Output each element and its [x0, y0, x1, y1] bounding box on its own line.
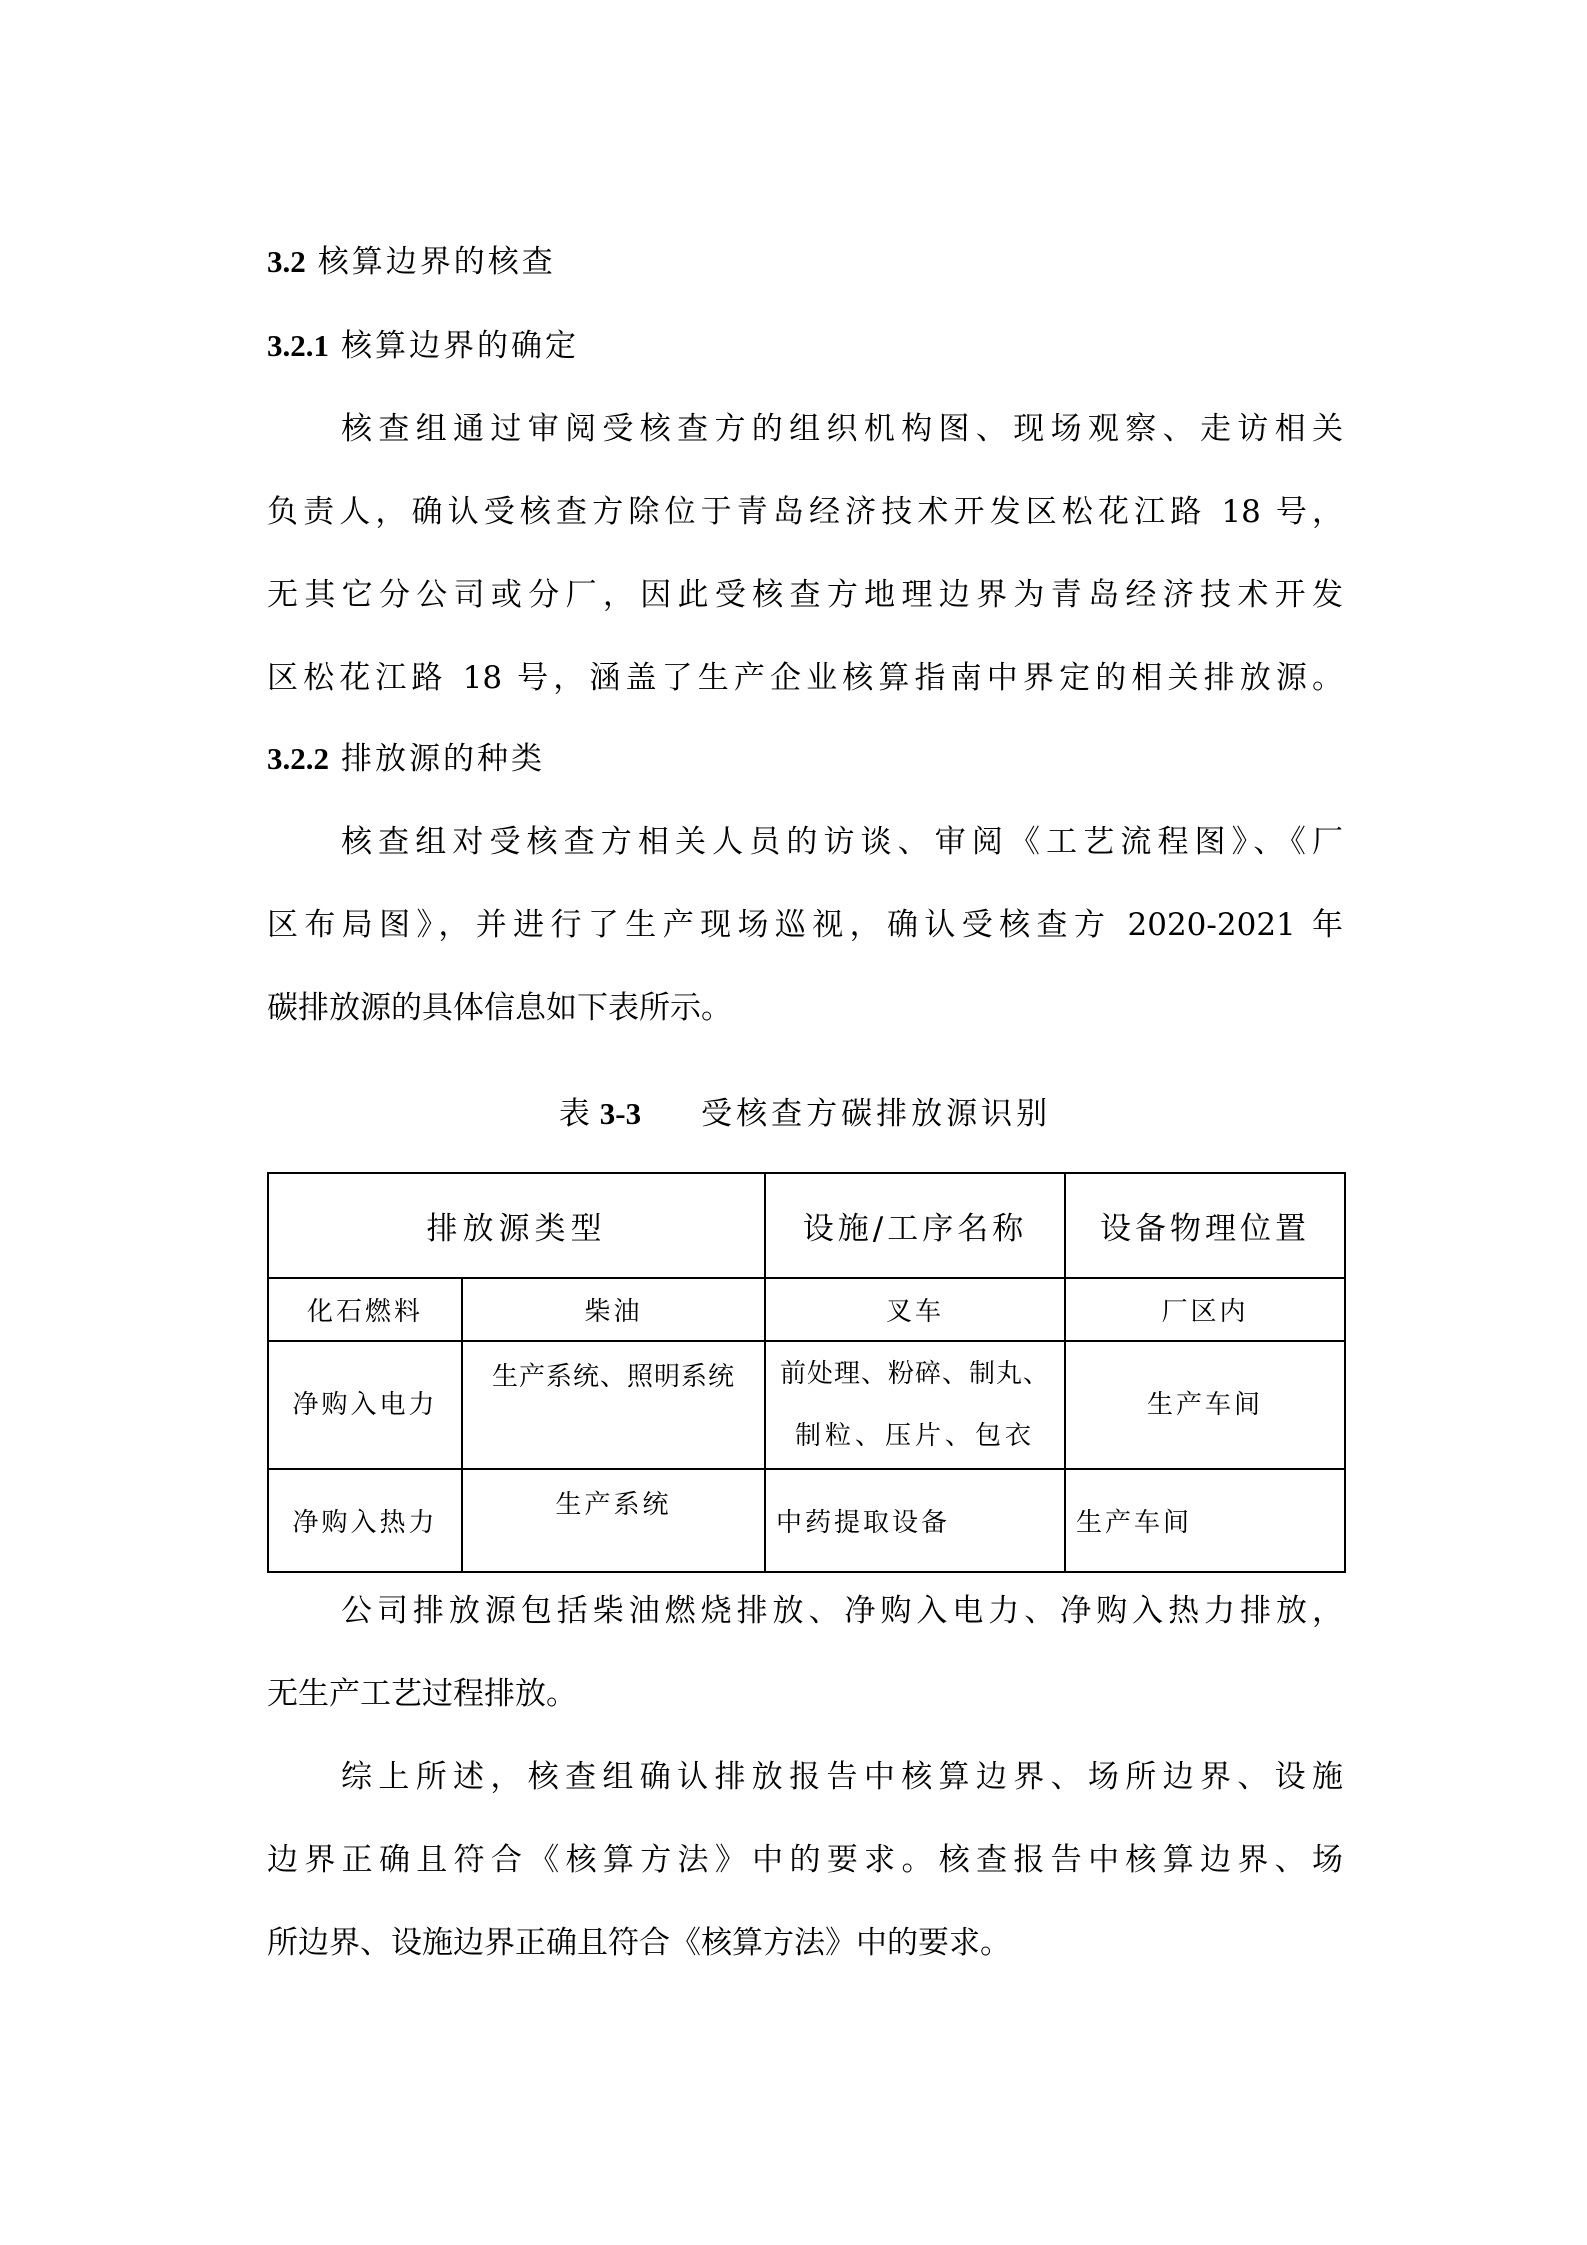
cell-source: 柴油 [462, 1278, 765, 1341]
cell-category: 净购入电力 [268, 1341, 462, 1469]
caption-number: 3-3 [600, 1096, 641, 1131]
cell-location: 生产车间 [1065, 1341, 1345, 1469]
paragraph-line: 碳排放源的具体信息如下表所示。 [267, 982, 1343, 1027]
paragraph-line: 区布局图》，并进行了生产现场巡视，确认受核查方 2020-2021 年 [267, 899, 1343, 944]
paragraph-line: 无生产工艺过程排放。 [267, 1668, 1343, 1713]
paragraph-line: 无其它分公司或分厂，因此受核查方地理边界为青岛经济技术开发 [267, 569, 1343, 614]
paragraph-line: 综上所述，核查组确认排放报告中核算边界、场所边界、设施 [341, 1751, 1343, 1796]
paragraph-line: 公司排放源包括柴油燃烧排放、净购入电力、净购入热力排放， [341, 1585, 1343, 1630]
header-source-type: 排放源类型 [268, 1173, 765, 1278]
paragraph-line: 核查组对受核查方相关人员的访谈、审阅《工艺流程图》、《厂 [341, 816, 1343, 861]
table-header-row: 排放源类型 设施/工序名称 设备物理位置 [268, 1173, 1345, 1278]
cell-source: 生产系统 [462, 1469, 765, 1572]
table-row: 净购入电力 生产系统、照明系统 前处理、粉碎、制丸、 制粒、压片、包衣 生产车间 [268, 1341, 1345, 1469]
section-heading: 3.2核算边界的核查 [267, 236, 556, 281]
subsection-number: 3.2.1 [267, 328, 329, 363]
subsection-heading-sources: 3.2.2排放源的种类 [267, 733, 545, 778]
cell-facility-line: 制粒、压片、包衣 [776, 1405, 1054, 1467]
subsection-number: 3.2.2 [267, 741, 329, 776]
emission-source-table: 排放源类型 设施/工序名称 设备物理位置 化石燃料 柴油 叉车 厂区内 净购入电… [267, 1172, 1346, 1573]
caption-prefix: 表 [559, 1096, 590, 1132]
table-caption: 表 3-3受核查方碳排放源识别 [267, 1088, 1343, 1133]
table-row: 净购入热力 生产系统 中药提取设备 生产车间 [268, 1469, 1345, 1572]
cell-facility: 中药提取设备 [765, 1469, 1065, 1572]
subsection-heading-boundary: 3.2.1核算边界的确定 [267, 320, 579, 365]
caption-title: 受核查方碳排放源识别 [701, 1096, 1051, 1132]
cell-facility: 叉车 [765, 1278, 1065, 1341]
cell-facility-line: 前处理、粉碎、制丸、 [776, 1343, 1054, 1405]
table-row: 化石燃料 柴油 叉车 厂区内 [268, 1278, 1345, 1341]
header-facility: 设施/工序名称 [765, 1173, 1065, 1278]
paragraph-line: 核查组通过审阅受核查方的组织机构图、现场观察、走访相关 [341, 403, 1343, 448]
subsection-title: 排放源的种类 [341, 741, 545, 777]
header-location: 设备物理位置 [1065, 1173, 1345, 1278]
section-title: 核算边界的核查 [318, 244, 556, 280]
subsection-title: 核算边界的确定 [341, 328, 579, 364]
cell-location: 厂区内 [1065, 1278, 1345, 1341]
cell-facility: 前处理、粉碎、制丸、 制粒、压片、包衣 [765, 1341, 1065, 1469]
paragraph-line: 边界正确且符合《核算方法》中的要求。核查报告中核算边界、场 [267, 1834, 1343, 1879]
cell-source: 生产系统、照明系统 [462, 1341, 765, 1469]
paragraph-line: 负责人，确认受核查方除位于青岛经济技术开发区松花江路 18 号， [267, 486, 1343, 531]
cell-location: 生产车间 [1065, 1469, 1345, 1572]
paragraph-line: 所边界、设施边界正确且符合《核算方法》中的要求。 [267, 1917, 1343, 1962]
section-number: 3.2 [267, 244, 306, 279]
cell-category: 化石燃料 [268, 1278, 462, 1341]
paragraph-line: 区松花江路 18 号，涵盖了生产企业核算指南中界定的相关排放源。 [267, 652, 1343, 697]
cell-category: 净购入热力 [268, 1469, 462, 1572]
